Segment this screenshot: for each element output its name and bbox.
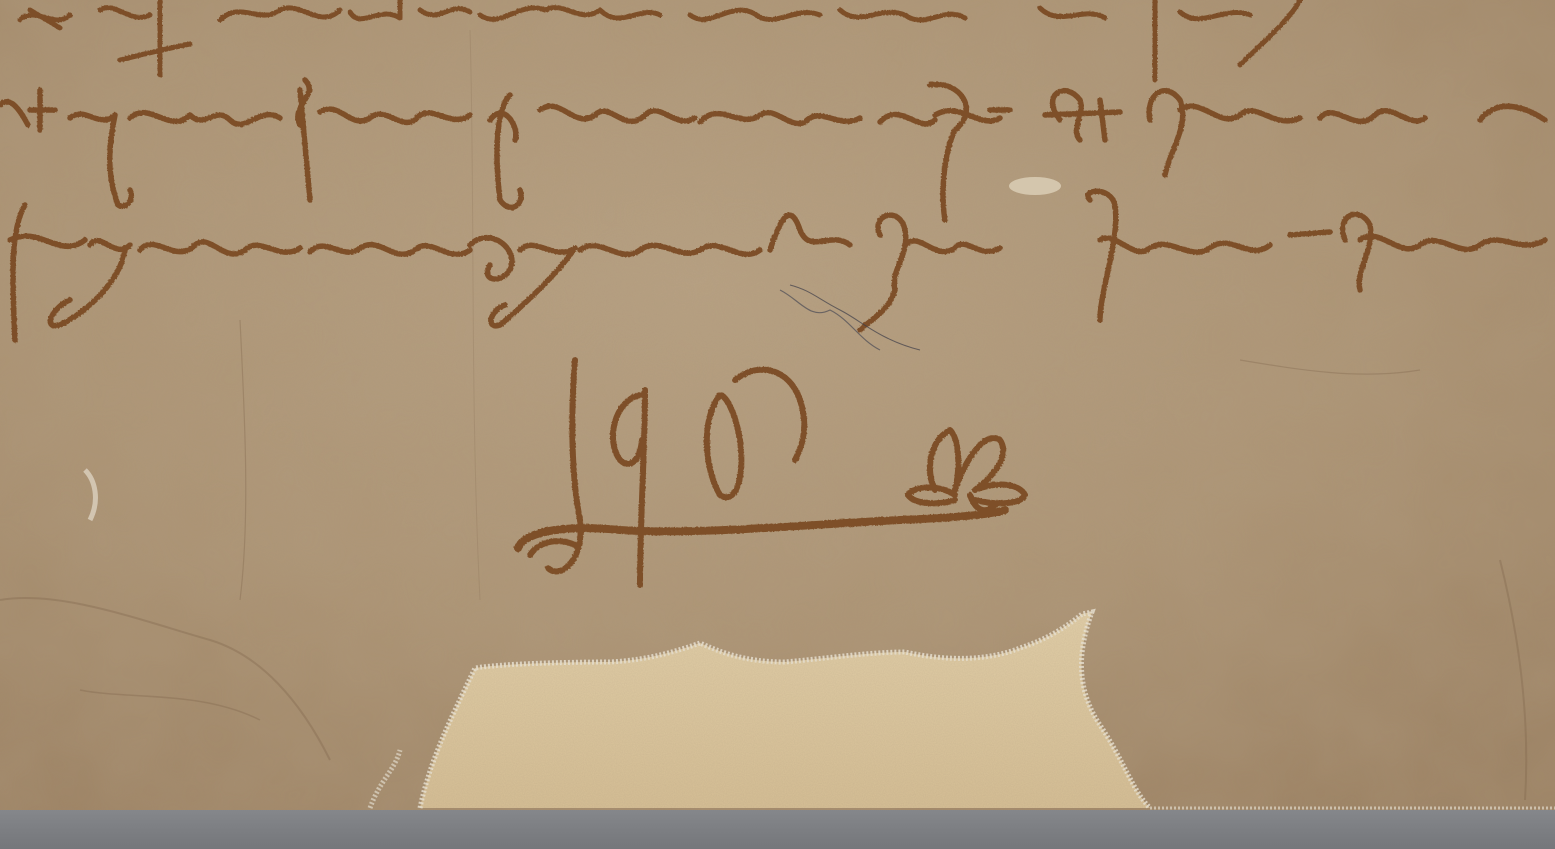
gray-mount-background: [0, 810, 1555, 849]
manuscript-scan: [0, 0, 1555, 849]
parchment-svg: [0, 0, 1555, 849]
parchment-flake: [1009, 177, 1061, 195]
